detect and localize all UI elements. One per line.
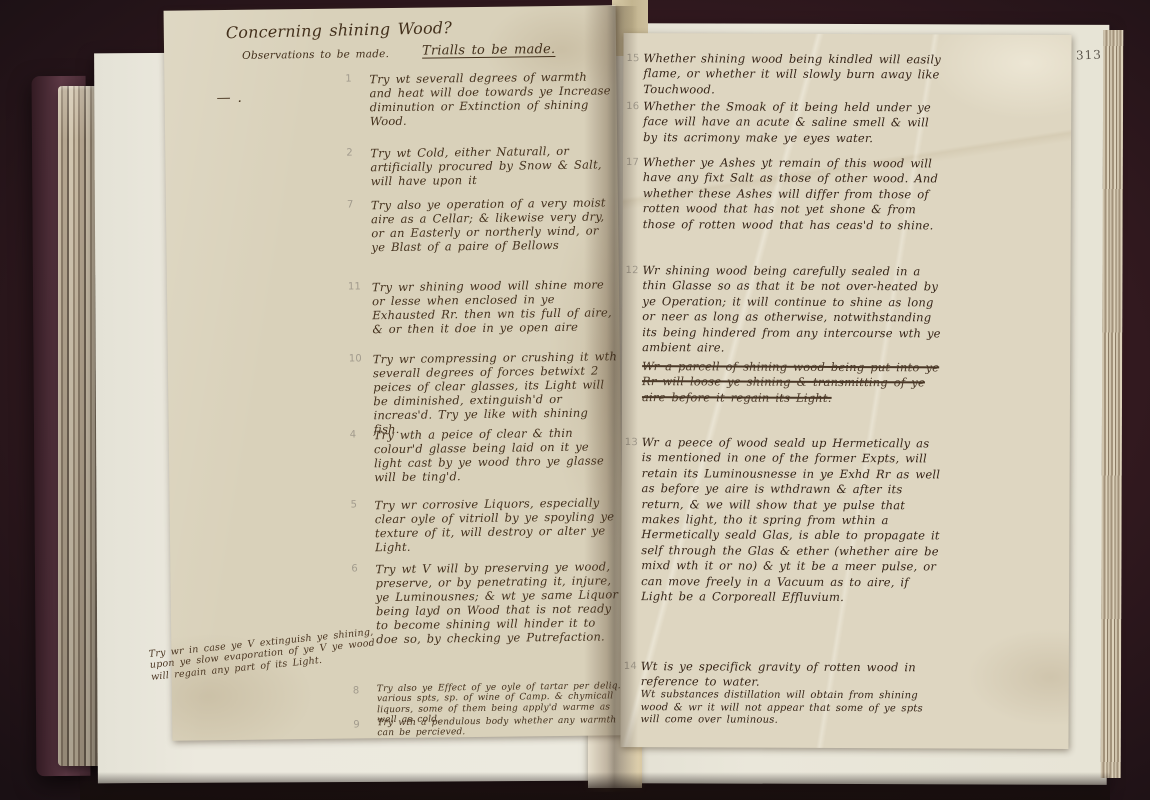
marginal-note: Try wr in case ye V extinguish ye shinin… — [148, 626, 378, 683]
entry-text: Try wr corrosive Liquors, especially cle… — [375, 496, 615, 555]
manuscript-entry: 16 Whether the Smoak of it being held un… — [643, 99, 945, 147]
entry-text: Wt is ye specifick gravity of rotten woo… — [641, 659, 916, 689]
folio-number: 313 — [1076, 48, 1102, 63]
manuscript-entry: 6 Try wt V will by preserving ye wood, p… — [375, 559, 621, 646]
manuscript-entry: 7 Try also ye operation of a very moist … — [371, 195, 617, 254]
manuscript-entry: 14 Wt is ye specifick gravity of rotten … — [641, 659, 943, 691]
manuscript-entry: Wt substances distillation will obtain f… — [641, 689, 943, 728]
column-header-observations: Observations to be made. — [242, 48, 389, 62]
photograph-of-open-manuscript-volume: Concerning shining Wood? Observations to… — [0, 0, 1150, 800]
margin-number: 15 — [626, 52, 639, 65]
manuscript-entry: 10 Try wr compressing or crushing it wth… — [373, 349, 619, 436]
manuscript-leaf-left: Concerning shining Wood? Observations to… — [164, 5, 625, 740]
entry-text: Try wt Cold, either Naturall, or artific… — [370, 144, 602, 188]
manuscript-entry: 1 Try wt severall degrees of warmth and … — [369, 69, 615, 128]
manuscript-entry: 15 Whether shining wood being kindled wi… — [643, 51, 945, 99]
margin-number: 13 — [625, 436, 638, 449]
margin-number: 12 — [625, 264, 638, 277]
entry-text: Try also ye operation of a very moist ai… — [371, 195, 606, 254]
stray-dash-mark: — . — [217, 90, 243, 106]
margin-number: 2 — [346, 147, 353, 159]
manuscript-entry: 17 Whether ye Ashes yt remain of this wo… — [643, 155, 945, 233]
page-edge-stack-right — [1101, 30, 1124, 778]
entry-text: Try wt severall degrees of warmth and he… — [369, 70, 611, 129]
entry-text: Try wth a peice of clear & thin colour'd… — [374, 426, 604, 484]
margin-number: 4 — [350, 429, 357, 441]
margin-number: 16 — [626, 100, 639, 113]
entry-text: Try wr shining wood will shine more or l… — [372, 277, 612, 336]
margin-number: 8 — [353, 685, 360, 697]
entry-text: Try wr compressing or crushing it wth se… — [373, 349, 617, 436]
manuscript-entry: 13 Wr a peece of wood seald up Hermetica… — [641, 435, 944, 606]
manuscript-entry: 2 Try wt Cold, either Naturall, or artif… — [370, 143, 615, 188]
page-title: Concerning shining Wood? — [226, 18, 453, 42]
margin-number: 17 — [626, 156, 639, 169]
margin-number: 5 — [351, 499, 358, 511]
margin-number: 11 — [348, 281, 361, 293]
entry-text: Wt substances distillation will obtain f… — [641, 689, 923, 726]
column-header-trialls: Trialls to be made. — [422, 42, 555, 59]
margin-number: 7 — [347, 199, 354, 211]
margin-number: 14 — [624, 660, 637, 673]
manuscript-entry: 12 Wr shining wood being carefully seale… — [642, 263, 944, 357]
manuscript-entry-deleted: Wr a parcell of shining wood being put i… — [642, 359, 944, 407]
entry-text: Try wth a pendulous body whether any war… — [377, 715, 616, 738]
manuscript-entry: 5 Try wr corrosive Liquors, especially c… — [375, 495, 621, 554]
manuscript-entry: 11 Try wr shining wood will shine more o… — [372, 277, 618, 336]
entry-text: Try wt V will by preserving ye wood, pre… — [375, 559, 618, 646]
manuscript-entry: 9 Try wth a pendulous body whether any w… — [377, 715, 632, 739]
margin-number: 1 — [345, 73, 352, 85]
margin-number: 10 — [349, 353, 362, 365]
entry-text: Wr a parcell of shining wood being put i… — [642, 359, 939, 405]
entry-text: Wr a peece of wood seald up Hermetically… — [641, 435, 940, 604]
manuscript-leaf-right: 15 Whether shining wood being kindled wi… — [620, 33, 1071, 749]
margin-number: 9 — [353, 719, 360, 731]
entry-text: Whether ye Ashes yt remain of this wood … — [643, 155, 938, 232]
entry-text: Wr shining wood being carefully sealed i… — [642, 263, 941, 354]
manuscript-entry: 4 Try wth a peice of clear & thin colour… — [374, 425, 620, 484]
entry-text: Whether shining wood being kindled will … — [643, 51, 941, 96]
entry-text: Whether the Smoak of it being held under… — [643, 99, 931, 145]
margin-number: 6 — [351, 563, 358, 575]
